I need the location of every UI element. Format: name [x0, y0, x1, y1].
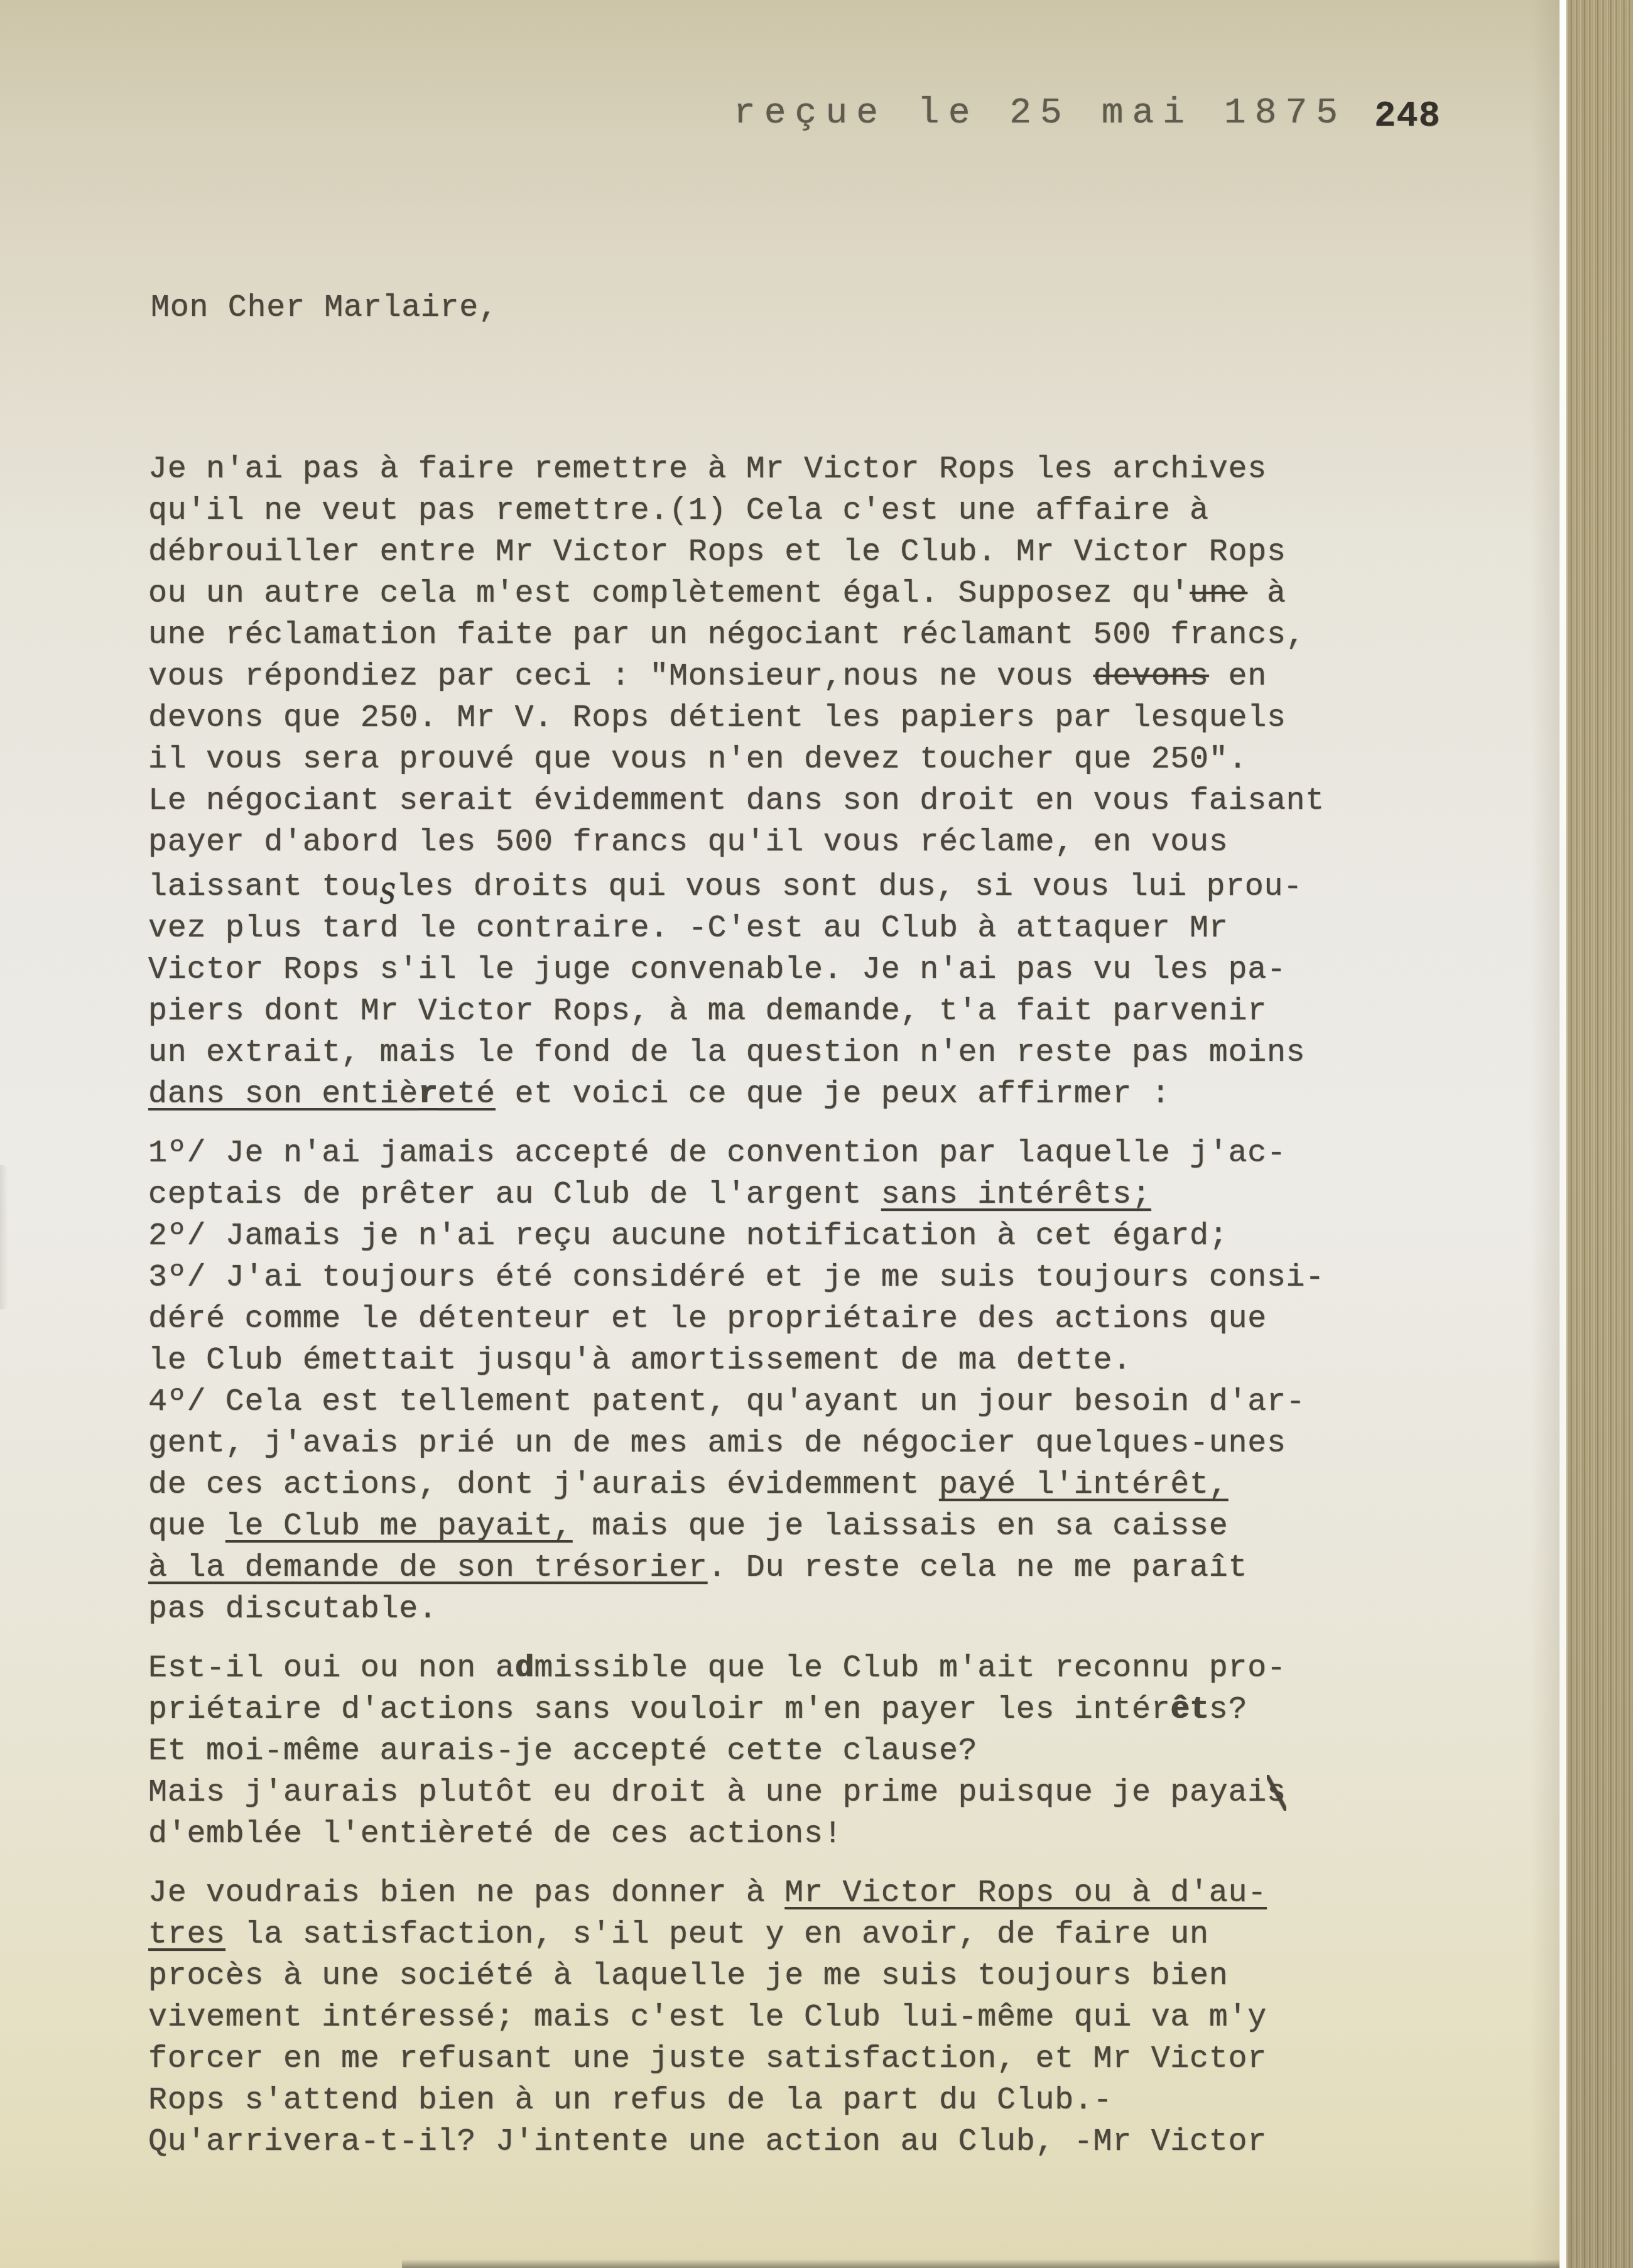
text-segment-ins: s: [379, 864, 396, 916]
text-segment: gent, j'avais prié un de mes amis de nég…: [148, 1426, 1286, 1462]
text-segment: une réclamation faite par un négociant r…: [148, 617, 1305, 653]
text-segment: s?: [1209, 1692, 1247, 1728]
text-segment: la satisfaction, s'il peut y en avoir, d…: [225, 1917, 1209, 1953]
letter-line: Victor Rops s'il le juge convenable. Je …: [148, 950, 1404, 991]
letter-line: que le Club me payait, mais que je laiss…: [148, 1506, 1404, 1548]
text-segment: forcer en me refusant une juste satisfac…: [148, 2041, 1267, 2077]
text-segment: procès à une société à laquelle je me su…: [148, 1958, 1228, 1994]
bottom-edge-shadow: [402, 2259, 1560, 2268]
letter-line: une réclamation faite par un négociant r…: [148, 615, 1404, 656]
letter-line: Le négociant serait évidemment dans son …: [148, 781, 1404, 822]
letter-line: à la demande de son trésorier. Du reste …: [148, 1548, 1404, 1589]
text-segment: pas discutable.: [148, 1592, 438, 1627]
text-segment: Est-il oui ou non a: [148, 1651, 514, 1686]
text-segment: Qu'arrivera-t-il? J'intente une action a…: [148, 2124, 1267, 2160]
text-segment: que: [148, 1509, 225, 1544]
letter-line: priétaire d'actions sans vouloir m'en pa…: [148, 1690, 1404, 1731]
text-segment: Je voudrais bien ne pas donner à: [148, 1875, 784, 1911]
text-segment: qu'il ne veut pas remettre.(1) Cela c'es…: [148, 493, 1209, 529]
text-segment: et voici ce que je peux affirmer :: [496, 1077, 1171, 1112]
text-segment: en: [1209, 659, 1267, 695]
paragraph-4: Je voudrais bien ne pas donner à Mr Vict…: [148, 1873, 1404, 2163]
letter-line: vez plus tard le contraire. -C'est au Cl…: [148, 908, 1404, 950]
letter-line: Rops s'attend bien à un refus de la part…: [148, 2080, 1404, 2122]
letter-line: le Club émettait jusqu'à amortissement d…: [148, 1340, 1404, 1382]
text-segment: 4º/ Cela est tellement patent, qu'ayant …: [148, 1384, 1305, 1420]
text-segment-s: devons: [1093, 659, 1209, 695]
text-segment-u: eté: [438, 1077, 496, 1112]
letter-line: Est-il oui ou non admissible que le Club…: [148, 1648, 1404, 1690]
text-segment-x: s: [1267, 1775, 1286, 1811]
text-segment: vous répondiez par ceci : "Monsieur,nous…: [148, 659, 1093, 695]
text-segment-u: tres: [148, 1917, 225, 1953]
text-segment: déré comme le détenteur et le propriétai…: [148, 1301, 1267, 1337]
text-segment: ceptais de prêter au Club de l'argent: [148, 1177, 881, 1213]
book-fore-edge: [1565, 0, 1633, 2268]
letter-line: Je n'ai pas à faire remettre à Mr Victor…: [148, 449, 1404, 491]
letter-line: il vous sera prouvé que vous n'en devez …: [148, 739, 1404, 781]
text-segment: 2º/ Jamais je n'ai reçu aucune notificat…: [148, 1218, 1228, 1254]
letter-line: d'emblée l'entièreté de ces actions!: [148, 1814, 1404, 1855]
text-segment: Et moi-même aurais-je accepté cette clau…: [148, 1734, 977, 1769]
text-segment: 3º/ J'ai toujours été considéré et je me…: [148, 1260, 1325, 1296]
letter-line: gent, j'avais prié un de mes amis de nég…: [148, 1423, 1404, 1465]
page-number: 248: [1374, 99, 1441, 135]
paragraph-2: 1º/ Je n'ai jamais accepté de convention…: [148, 1133, 1404, 1630]
text-segment: laissant tou: [148, 869, 379, 905]
text-segment-ot: d: [514, 1651, 534, 1686]
letter-line: de ces actions, dont j'aurais évidemment…: [148, 1465, 1404, 1506]
text-segment: d'emblée l'entièreté de ces actions!: [148, 1816, 842, 1852]
text-segment: débrouiller entre Mr Victor Rops et le C…: [148, 534, 1286, 570]
letter-line: Qu'arrivera-t-il? J'intente une action a…: [148, 2122, 1404, 2163]
letter-line: procès à une société à laquelle je me su…: [148, 1956, 1404, 1997]
text-segment: de ces actions, dont j'aurais évidemment: [148, 1467, 939, 1503]
text-segment: un extrait, mais le fond de la question …: [148, 1035, 1305, 1071]
paragraph-3: Est-il oui ou non admissible que le Club…: [148, 1648, 1404, 1855]
letter-line: qu'il ne veut pas remettre.(1) Cela c'es…: [148, 491, 1404, 532]
text-segment-u: à la demande de son trésorier: [148, 1550, 707, 1586]
letter-line: Et moi-même aurais-je accepté cette clau…: [148, 1731, 1404, 1772]
text-segment: vez plus tard le contraire. -C'est au Cl…: [148, 911, 1228, 947]
text-segment: piers dont Mr Victor Rops, à ma demande,…: [148, 994, 1267, 1029]
text-segment-u: Mr Victor Rops ou à d'au-: [784, 1875, 1267, 1911]
text-segment-s: une: [1190, 576, 1247, 612]
left-page-sliver: [0, 1165, 8, 1310]
text-segment: il vous sera prouvé que vous n'en devez …: [148, 742, 1247, 778]
letter-line: tres la satisfaction, s'il peut y en avo…: [148, 1914, 1404, 1956]
scanned-letter-page: reçue le 25 mai 1875 248 Mon Cher Marlai…: [0, 0, 1633, 2268]
text-segment: vivement intéressé; mais c'est le Club l…: [148, 2000, 1267, 2036]
text-segment: Le négociant serait évidemment dans son …: [148, 783, 1325, 819]
text-segment-u: payé l'intérêt,: [939, 1467, 1229, 1503]
letter-line: débrouiller entre Mr Victor Rops et le C…: [148, 532, 1404, 573]
text-segment: . Du reste cela ne me paraît: [707, 1550, 1247, 1586]
salutation: Mon Cher Marlaire,: [151, 288, 498, 329]
letter-line: payer d'abord les 500 francs qu'il vous …: [148, 822, 1404, 864]
letter-line: ou un autre cela m'est complètement égal…: [148, 573, 1404, 615]
page-edge-highlight: [1560, 0, 1566, 2268]
text-segment-u: sans intérêts;: [881, 1177, 1151, 1213]
letter-line: Mais j'aurais plutôt eu droit à une prim…: [148, 1772, 1404, 1814]
letter-line: 4º/ Cela est tellement patent, qu'ayant …: [148, 1382, 1404, 1423]
text-segment: les droits qui vous sont dus, si vous lu…: [396, 869, 1303, 905]
letter-line: dans son entièreté et voici ce que je pe…: [148, 1074, 1404, 1115]
letter-line: devons que 250. Mr V. Rops détient les p…: [148, 698, 1404, 739]
text-segment: Je n'ai pas à faire remettre à Mr Victor…: [148, 452, 1267, 487]
text-segment-u: le Club me payait,: [225, 1509, 573, 1544]
text-segment: payer d'abord les 500 francs qu'il vous …: [148, 825, 1228, 860]
text-segment: devons que 250. Mr V. Rops détient les p…: [148, 700, 1286, 736]
text-segment: à: [1247, 576, 1286, 612]
letter-line: piers dont Mr Victor Rops, à ma demande,…: [148, 991, 1404, 1033]
text-segment: Mais j'aurais plutôt eu droit à une prim…: [148, 1775, 1267, 1811]
received-date-stamp: reçue le 25 mai 1875: [734, 95, 1347, 132]
letter-line: 1º/ Je n'ai jamais accepté de convention…: [148, 1133, 1404, 1175]
text-segment: ou un autre cela m'est complètement égal…: [148, 576, 1190, 612]
text-segment: Victor Rops s'il le juge convenable. Je …: [148, 952, 1286, 988]
letter-line: vous répondiez par ceci : "Monsieur,nous…: [148, 656, 1404, 698]
text-segment: 1º/ Je n'ai jamais accepté de convention…: [148, 1136, 1286, 1171]
letter-line: vivement intéressé; mais c'est le Club l…: [148, 1997, 1404, 2039]
paragraph-1: Je n'ai pas à faire remettre à Mr Victor…: [148, 449, 1404, 1115]
letter-body: Je n'ai pas à faire remettre à Mr Victor…: [148, 449, 1404, 2163]
text-segment: Rops s'attend bien à un refus de la part…: [148, 2083, 1112, 2119]
text-segment-u: dans son entiè: [148, 1077, 418, 1112]
text-segment-u-ot: r: [418, 1077, 438, 1112]
letter-line: un extrait, mais le fond de la question …: [148, 1033, 1404, 1074]
letter-line: 3º/ J'ai toujours été considéré et je me…: [148, 1257, 1404, 1299]
letter-line: ceptais de prêter au Club de l'argent sa…: [148, 1175, 1404, 1216]
letter-line: laissant tousles droits qui vous sont du…: [148, 864, 1404, 908]
text-segment: missible que le Club m'ait reconnu pro-: [534, 1651, 1286, 1686]
letter-line: 2º/ Jamais je n'ai reçu aucune notificat…: [148, 1216, 1404, 1257]
text-segment: le Club émettait jusqu'à amortissement d…: [148, 1343, 1132, 1379]
letter-line: pas discutable.: [148, 1589, 1404, 1630]
page-curve-shadow: [1531, 0, 1560, 2268]
letter-line: forcer en me refusant une juste satisfac…: [148, 2039, 1404, 2080]
letter-line: Je voudrais bien ne pas donner à Mr Vict…: [148, 1873, 1404, 1914]
text-segment: mais que je laissais en sa caisse: [573, 1509, 1229, 1544]
text-segment: priétaire d'actions sans vouloir m'en pa…: [148, 1692, 1170, 1728]
letter-line: déré comme le détenteur et le propriétai…: [148, 1299, 1404, 1340]
text-segment-ot: êt: [1170, 1692, 1208, 1728]
